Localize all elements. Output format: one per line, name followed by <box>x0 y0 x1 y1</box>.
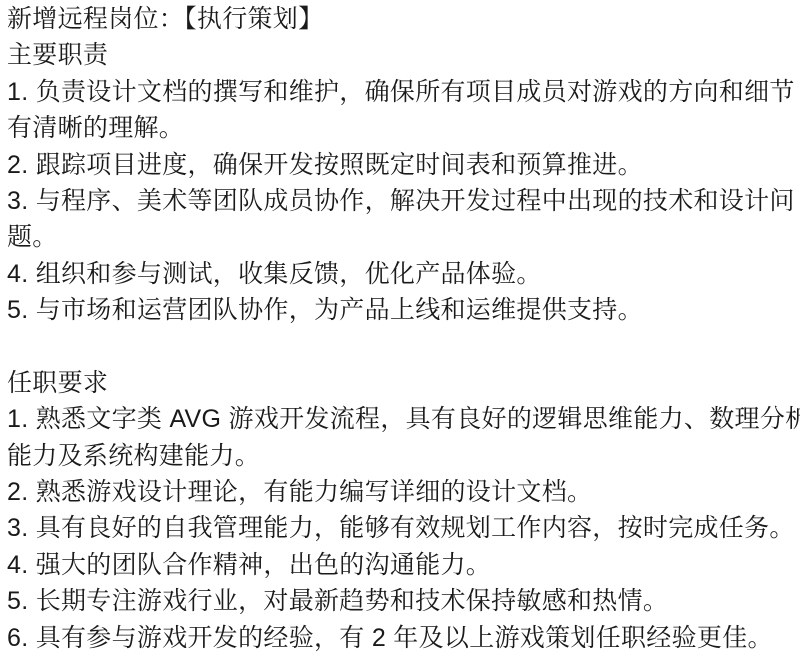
responsibility-4: 4. 组织和参与测试，收集反馈，优化产品体验。 <box>7 256 800 292</box>
requirement-6: 6. 具有参与游戏开发的经验，有 2 年及以上游戏策划任职经验更佳。 <box>7 620 800 652</box>
requirement-4: 4. 强大的团队合作精神，出色的沟通能力。 <box>7 547 800 583</box>
blank-line <box>7 329 800 365</box>
requirement-3: 3. 具有良好的自我管理能力，能够有效规划工作内容，按时完成任务。 <box>7 510 800 546</box>
requirement-5: 5. 长期专注游戏行业，对最新趋势和技术保持敏感和热情。 <box>7 583 800 619</box>
posting-title: 新增远程岗位：【执行策划】 <box>7 1 800 37</box>
responsibility-3-line-2: 题。 <box>7 219 800 255</box>
job-posting-document: 新增远程岗位：【执行策划】 主要职责 1. 负责设计文档的撰写和维护，确保所有项… <box>0 0 800 652</box>
requirement-1-line-2: 能力及系统构建能力。 <box>7 438 800 474</box>
responsibility-1-line-1: 1. 负责设计文档的撰写和维护，确保所有项目成员对游戏的方向和细节 <box>7 74 800 110</box>
responsibility-1-line-2: 有清晰的理解。 <box>7 110 800 146</box>
responsibility-5: 5. 与市场和运营团队协作，为产品上线和运维提供支持。 <box>7 292 800 328</box>
requirement-1-line-1: 1. 熟悉文字类 AVG 游戏开发流程，具有良好的逻辑思维能力、数理分析 <box>7 401 800 437</box>
requirement-2: 2. 熟悉游戏设计理论，有能力编写详细的设计文档。 <box>7 474 800 510</box>
responsibility-3-line-1: 3. 与程序、美术等团队成员协作，解决开发过程中出现的技术和设计问 <box>7 183 800 219</box>
responsibility-2: 2. 跟踪项目进度，确保开发按照既定时间表和预算推进。 <box>7 147 800 183</box>
section-heading-responsibilities: 主要职责 <box>7 37 800 73</box>
section-heading-requirements: 任职要求 <box>7 365 800 401</box>
